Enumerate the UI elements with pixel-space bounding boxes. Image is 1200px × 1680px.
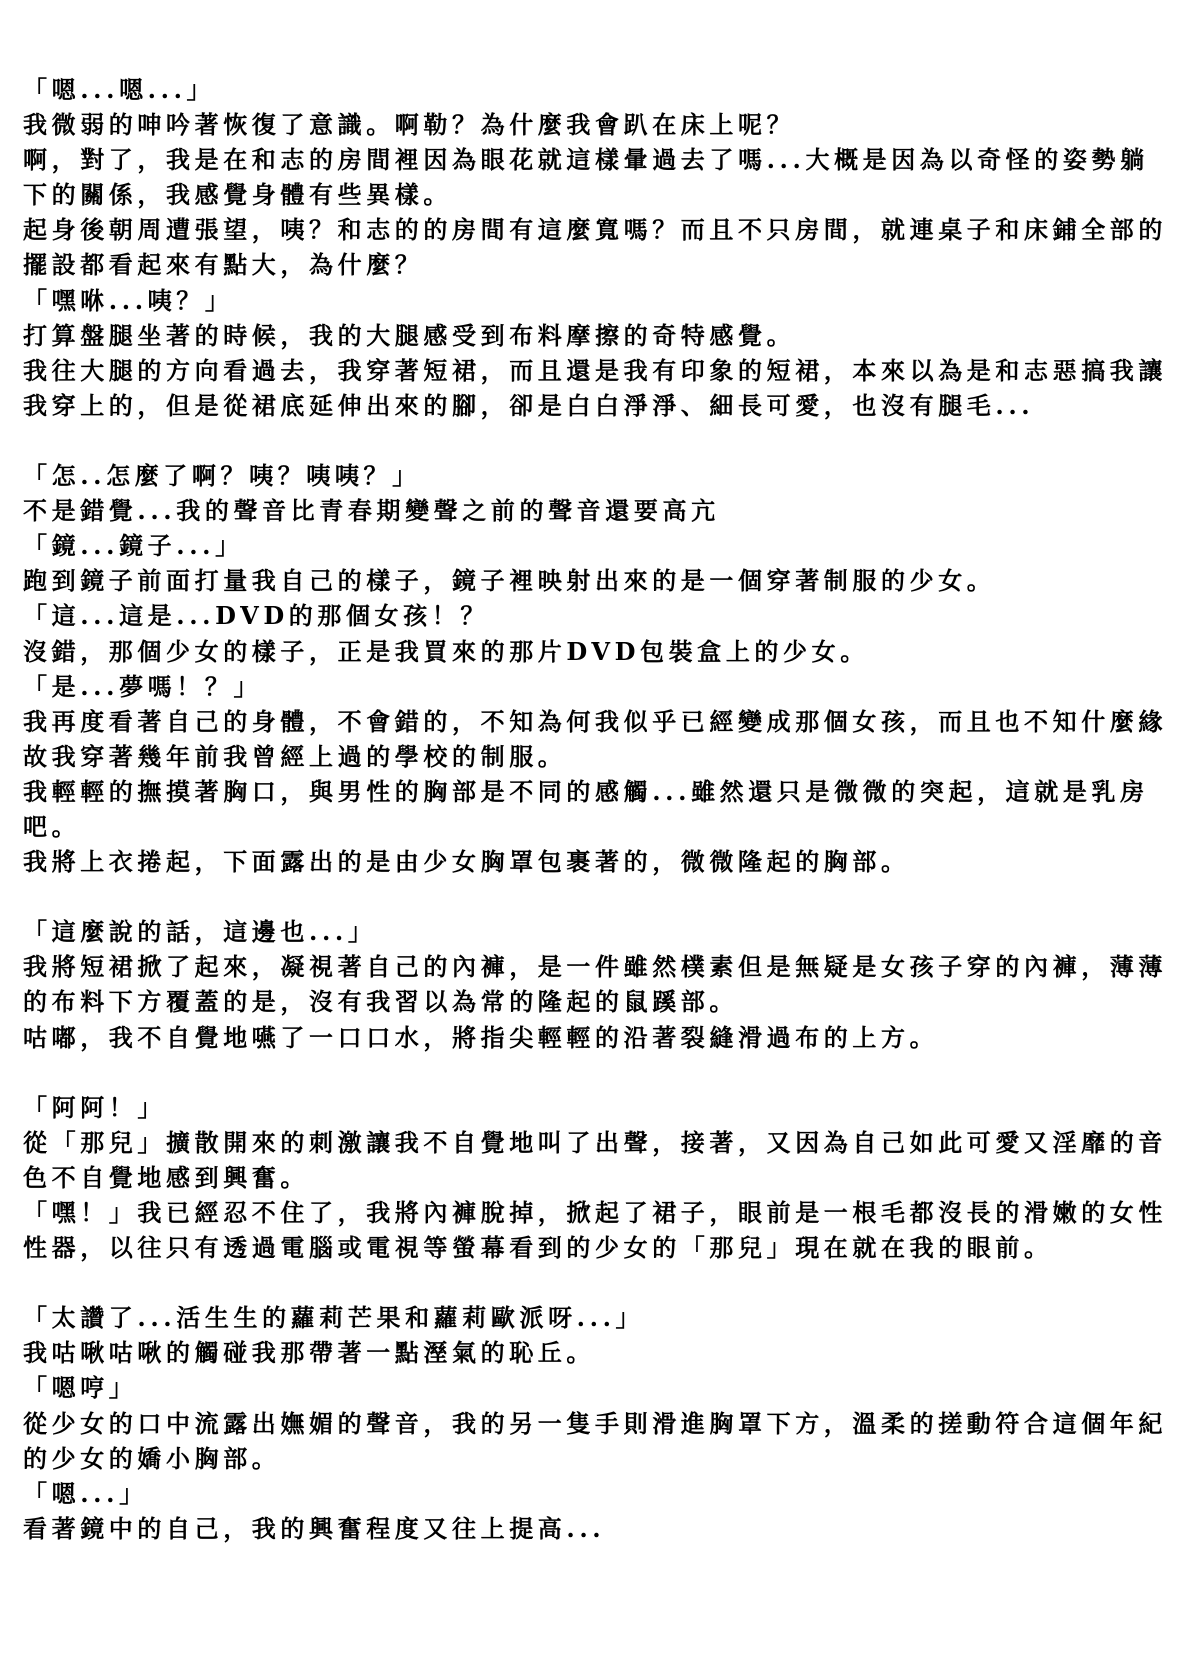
text-line: 「嘿咻...咦？」 (23, 283, 1183, 318)
text-line: 我輕輕的撫摸著胸口，與男性的胸部是不同的感觸...雖然還只是微微的突起，這就是乳… (23, 774, 1183, 809)
text-line: 從少女的口中流露出嫵媚的聲音，我的另一隻手則滑進胸罩下方，溫柔的搓動符合這個年紀 (23, 1406, 1183, 1441)
text-line: 「是...夢嗎！？」 (23, 669, 1183, 704)
text-line: 「這麼說的話，這邊也...」 (23, 914, 1183, 949)
document-body: 「嗯...嗯...」 我微弱的呻吟著恢復了意識。啊勒？為什麼我會趴在床上呢？ 啊… (23, 72, 1183, 1546)
text-line: 下的關係，我感覺身體有些異樣。 (23, 177, 1183, 212)
text-line: 啊，對了，我是在和志的房間裡因為眼花就這樣暈過去了嗎...大概是因為以奇怪的姿勢… (23, 142, 1183, 177)
text-line: 「嗯哼」 (23, 1370, 1183, 1405)
text-line: 我將短裙掀了起來，凝視著自己的內褲，是一件雖然樸素但是無疑是女孩子穿的內褲，薄薄 (23, 949, 1183, 984)
text-line: 打算盤腿坐著的時候，我的大腿感受到布料摩擦的奇特感覺。 (23, 318, 1183, 353)
text-line: 「這...這是...DVD的那個女孩！？ (23, 598, 1183, 633)
text-line: 色不自覺地感到興奮。 (23, 1160, 1183, 1195)
blank-line (23, 423, 1183, 458)
text-line: 起身後朝周遭張望，咦？和志的的房間有這麼寬嗎？而且不只房間，就連桌子和床鋪全部的 (23, 212, 1183, 247)
text-line: 擺設都看起來有點大，為什麼？ (23, 247, 1183, 282)
text-line: 「太讚了...活生生的蘿莉芒果和蘿莉歐派呀...」 (23, 1300, 1183, 1335)
text-line: 跑到鏡子前面打量我自己的樣子，鏡子裡映射出來的是一個穿著制服的少女。 (23, 563, 1183, 598)
text-line: 「怎..怎麼了啊？咦？咦咦？」 (23, 458, 1183, 493)
text-line: 「嘿！」我已經忍不住了，我將內褲脫掉，掀起了裙子，眼前是一根毛都沒長的滑嫩的女性 (23, 1195, 1183, 1230)
text-line: 我微弱的呻吟著恢復了意識。啊勒？為什麼我會趴在床上呢？ (23, 107, 1183, 142)
text-line: 不是錯覺...我的聲音比青春期變聲之前的聲音還要高亢 (23, 493, 1183, 528)
text-line: 沒錯，那個少女的樣子，正是我買來的那片DVD包裝盒上的少女。 (23, 634, 1183, 669)
text-line: 「阿阿！」 (23, 1090, 1183, 1125)
blank-line (23, 879, 1183, 914)
text-line: 的少女的嬌小胸部。 (23, 1441, 1183, 1476)
text-line: 我咕啾咕啾的觸碰我那帶著一點溼氣的恥丘。 (23, 1335, 1183, 1370)
text-line: 「嗯...」 (23, 1476, 1183, 1511)
text-line: 的布料下方覆蓋的是，沒有我習以為常的隆起的鼠蹊部。 (23, 984, 1183, 1019)
text-line: 我再度看著自己的身體，不會錯的，不知為何我似乎已經變成那個女孩，而且也不知什麼緣 (23, 704, 1183, 739)
blank-line (23, 1055, 1183, 1090)
blank-line (23, 1265, 1183, 1300)
text-line: 吧。 (23, 809, 1183, 844)
text-line: 我穿上的，但是從裙底延伸出來的腳，卻是白白淨淨、細長可愛，也沒有腿毛... (23, 388, 1183, 423)
text-line: 從「那兒」擴散開來的刺激讓我不自覺地叫了出聲，接著，又因為自己如此可愛又淫靡的音 (23, 1125, 1183, 1160)
text-line: 我往大腿的方向看過去，我穿著短裙，而且還是我有印象的短裙，本來以為是和志惡搞我讓 (23, 353, 1183, 388)
text-line: 「嗯...嗯...」 (23, 72, 1183, 107)
text-line: 咕嘟，我不自覺地嚥了一口口水，將指尖輕輕的沿著裂縫滑過布的上方。 (23, 1020, 1183, 1055)
text-line: 「鏡...鏡子...」 (23, 528, 1183, 563)
text-line: 故我穿著幾年前我曾經上過的學校的制服。 (23, 739, 1183, 774)
text-line: 我將上衣捲起，下面露出的是由少女胸罩包裹著的，微微隆起的胸部。 (23, 844, 1183, 879)
text-line: 看著鏡中的自己，我的興奮程度又往上提高... (23, 1511, 1183, 1546)
text-line: 性器，以往只有透過電腦或電視等螢幕看到的少女的「那兒」現在就在我的眼前。 (23, 1230, 1183, 1265)
